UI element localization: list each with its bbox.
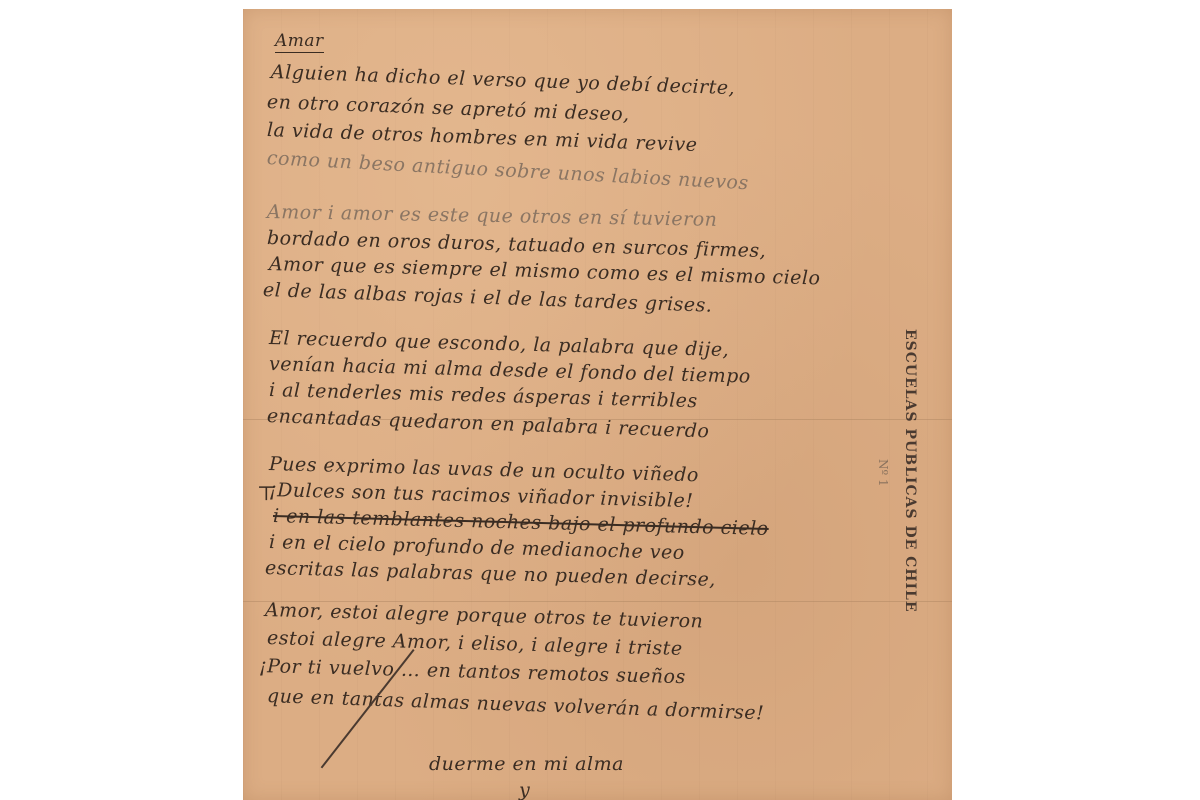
letterhead-number: Nº 1 xyxy=(876,459,890,487)
margin-bracket-mark: ⊤ xyxy=(257,481,276,505)
poem-line: Amor, estoi alegre porque otros te tuvie… xyxy=(265,599,704,632)
insertion-mark: y xyxy=(519,779,530,800)
poem-line: estoi alegre Amor, i eliso, i alegre i t… xyxy=(267,627,683,660)
letterhead-stamp: ESCUELAS PUBLICAS DE CHILE xyxy=(898,329,918,629)
poem-line: Amor i amor es este que otros en sí tuvi… xyxy=(267,201,718,231)
manuscript-page: Amar Alguien ha dicho el verso que yo de… xyxy=(243,9,952,800)
document-viewer: Amar Alguien ha dicho el verso que yo de… xyxy=(0,0,1200,800)
poem-line: que en tantas almas nuevas volverán a do… xyxy=(267,685,765,724)
poem-title: Amar xyxy=(275,31,324,53)
poem-line: ¡Por ti vuelvo … en tantos remotos sueño… xyxy=(259,655,686,688)
insertion-note: duerme en mi alma xyxy=(429,753,624,775)
